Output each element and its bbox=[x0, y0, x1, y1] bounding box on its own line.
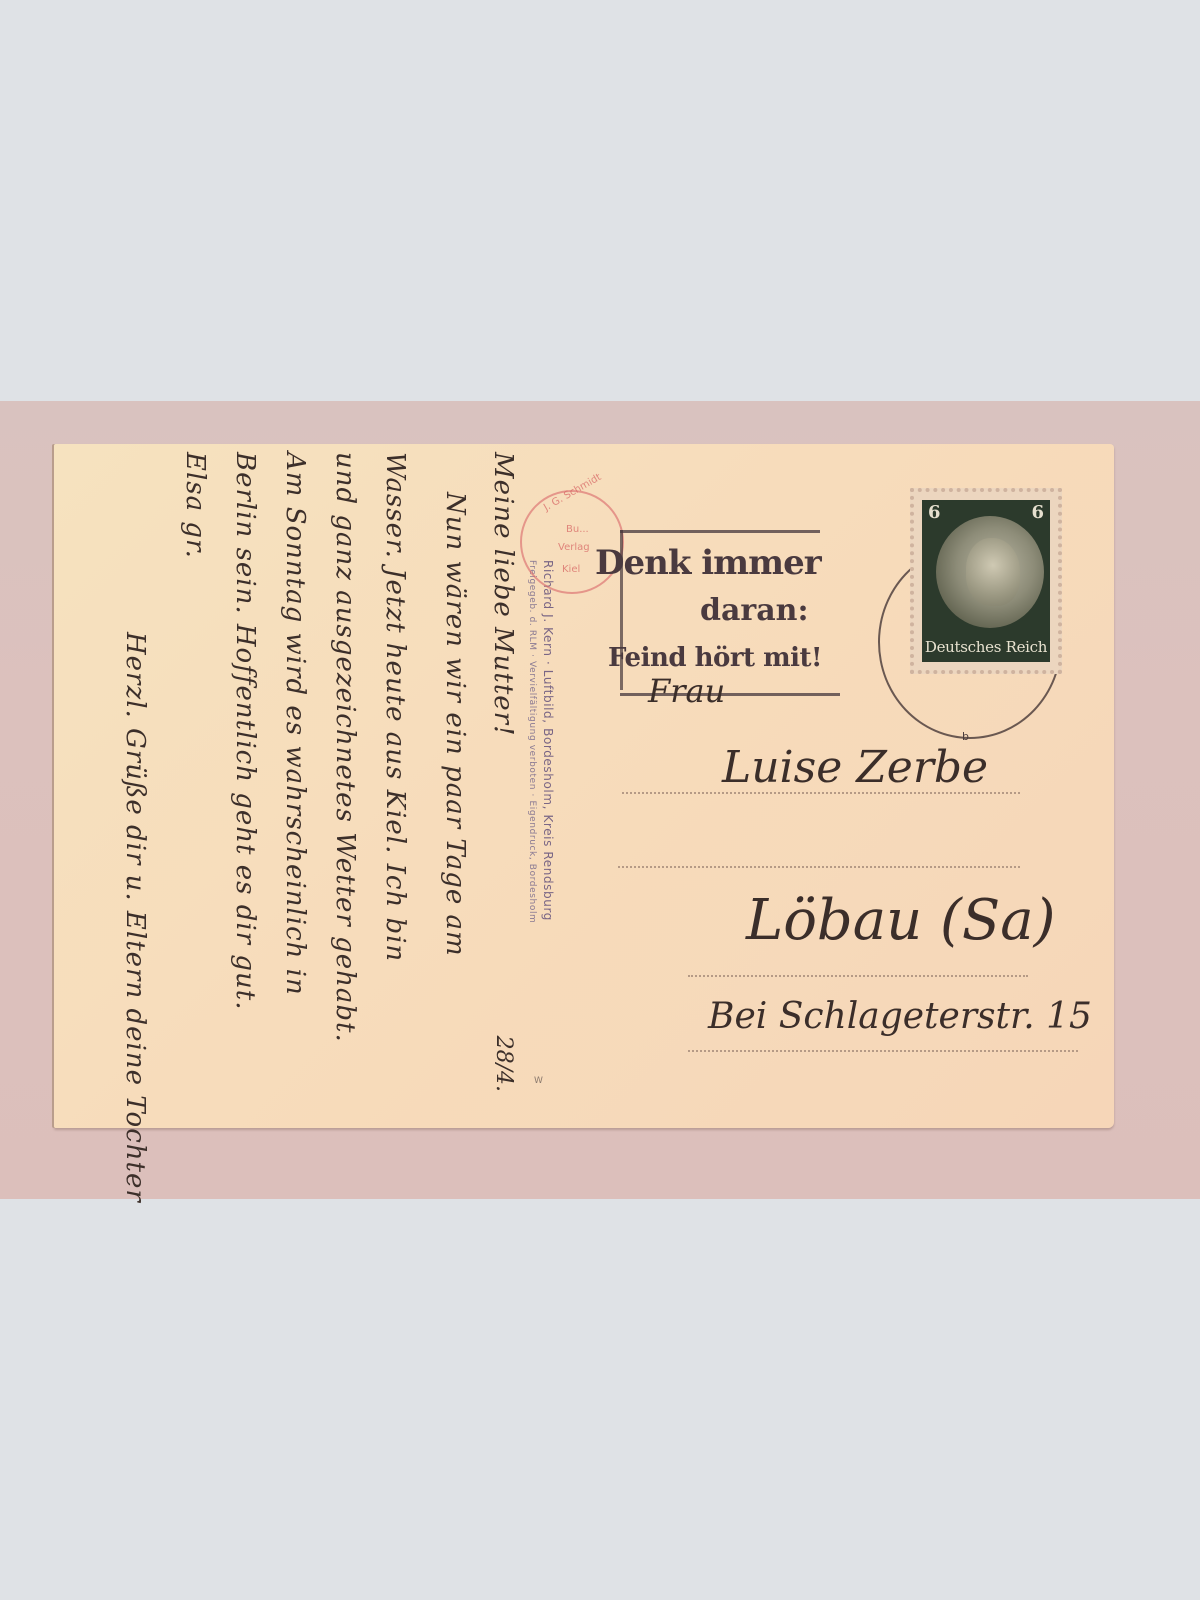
message-line: Berlin sein. Hoffentlich geht es dir gut… bbox=[230, 452, 260, 1010]
address-name: Luise Zerbe bbox=[722, 742, 988, 793]
slogan-line: daran: bbox=[700, 593, 809, 628]
publisher-line-1: Richard J. Kern · Luftbild, Bordesholm, … bbox=[541, 560, 555, 921]
portrait-head bbox=[966, 538, 1020, 606]
stamp-country: Deutsches Reich bbox=[922, 638, 1050, 656]
postage-stamp: 6 6 Deutsches Reich bbox=[910, 488, 1062, 674]
message-signature: Elsa gr. bbox=[180, 452, 210, 559]
message-closing: Herzl. Grüße dir u. Eltern deine Tochter bbox=[120, 632, 150, 1203]
handwritten-message: Meine liebe Mutter! 28/4. Nun wären wir … bbox=[88, 452, 528, 1092]
address-line bbox=[688, 1050, 1078, 1052]
stamp-denomination: 6 bbox=[928, 502, 941, 523]
address-line bbox=[618, 866, 1020, 868]
red-stamp-text: Kiel bbox=[562, 564, 580, 575]
stamp-denomination: 6 bbox=[1031, 502, 1044, 523]
publisher-line-2: Freigegeb. d. RLM · Vervielfältigung ver… bbox=[527, 560, 537, 923]
message-line: Nun wären wir ein paar Tage am bbox=[440, 492, 470, 957]
address-line bbox=[688, 975, 1028, 977]
slogan-line: Denk immer bbox=[595, 543, 821, 583]
message-date: 28/4. bbox=[491, 1036, 516, 1092]
publisher-imprint: Richard J. Kern · Luftbild, Bordesholm, … bbox=[541, 560, 555, 921]
message-line: Meine liebe Mutter! bbox=[488, 452, 518, 737]
message-line: Am Sonntag wird es wahrscheinlich in bbox=[280, 452, 310, 996]
message-line: Wasser. Jetzt heute aus Kiel. Ich bin bbox=[380, 452, 410, 962]
red-stamp-text: Bu... bbox=[566, 524, 589, 535]
stamp-face: 6 6 Deutsches Reich bbox=[922, 500, 1050, 662]
printer-mark: W bbox=[534, 1076, 543, 1086]
address-city: Löbau (Sa) bbox=[746, 888, 1055, 953]
message-line: und ganz ausgezeichnetes Wetter gehabt. bbox=[330, 452, 360, 1043]
slogan-line: Feind hört mit! bbox=[608, 643, 822, 673]
red-stamp-text: Verlag bbox=[558, 542, 590, 553]
hindenburg-portrait-icon bbox=[936, 516, 1044, 628]
address-street: Bei Schlageterstr. 15 bbox=[708, 996, 1092, 1037]
address-salutation: Frau bbox=[648, 672, 725, 710]
